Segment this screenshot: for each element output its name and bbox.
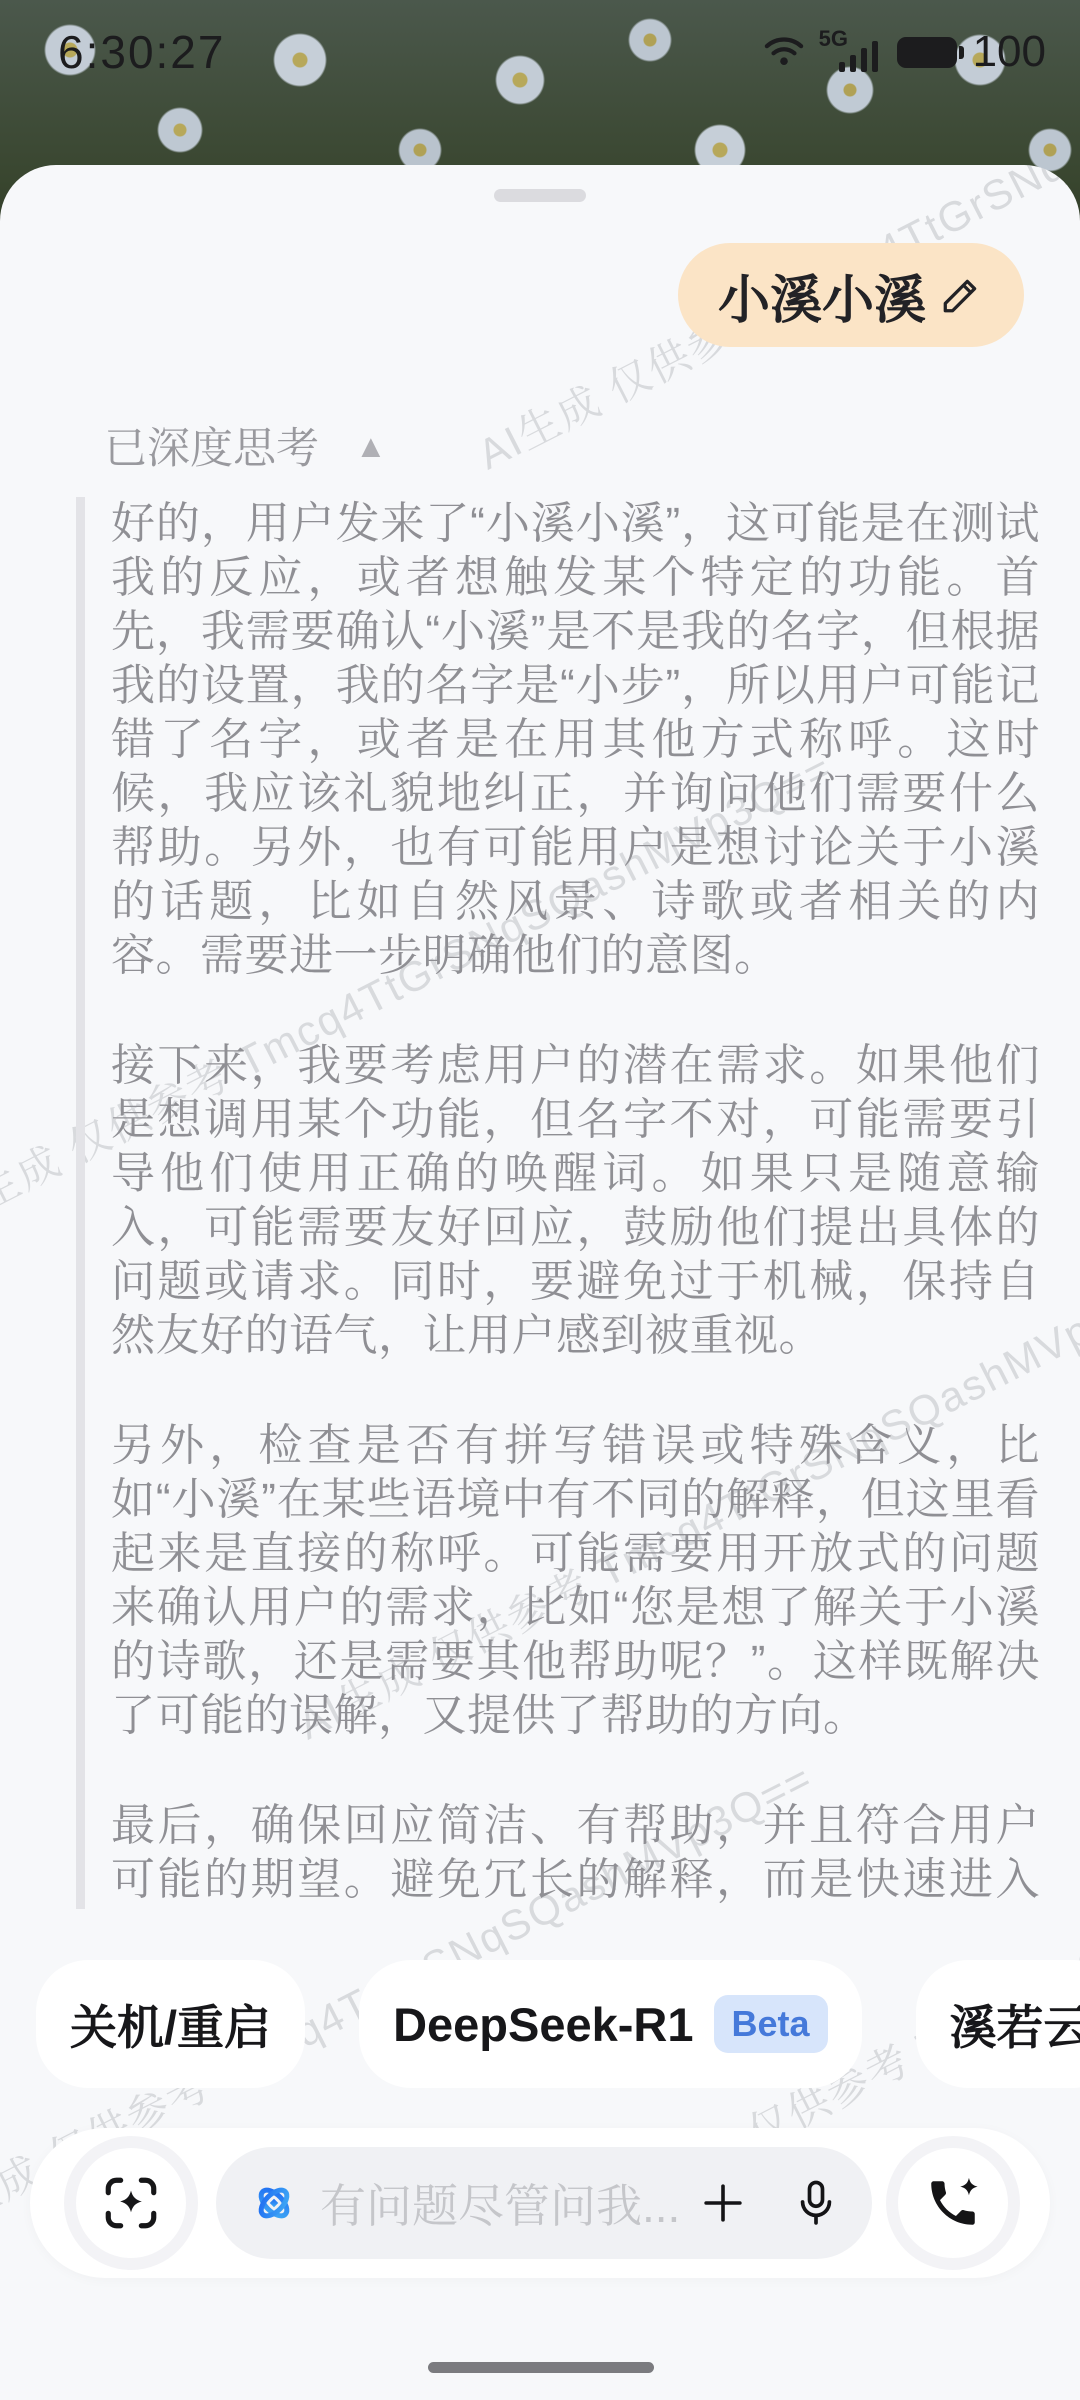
- plus-icon[interactable]: [696, 2176, 750, 2230]
- chip-label: 溪若云: [950, 1991, 1080, 2058]
- edit-pencil-icon[interactable]: [938, 272, 984, 318]
- thinking-paragraph: 接下来，我要考虑用户的潜在需求。如果他们是想调用某个功能，但名字不对，可能需要引…: [111, 1039, 1040, 1363]
- chip-deepseek-r1[interactable]: DeepSeek-R1 Beta: [359, 1960, 861, 2088]
- thinking-toggle[interactable]: 已深度思考 ▲: [104, 415, 387, 476]
- thinking-paragraph: 另外，检查是否有拼写错误或特殊含义，比如“小溪”在某些语境中有不同的解释，但这里…: [111, 1419, 1040, 1743]
- chip-label: DeepSeek-R1: [393, 1997, 693, 2052]
- scan-viewfinder-icon: [100, 2172, 162, 2234]
- thinking-paragraph: 最后，确保回应简洁、有帮助，并且符合用户可能的期望。避免冗长的解释，而是快速进入…: [111, 1799, 1040, 1909]
- status-time: 6:30:27: [58, 25, 225, 79]
- battery-icon: [897, 37, 957, 68]
- thinking-content: 好的，用户发来了“小溪小溪”，这可能是在测试我的反应，或者想触发某个特定的功能。…: [76, 497, 1040, 1909]
- assistant-sheet: AI生成 仅供参考 Tmcq4TtGrSNqSQashMVp3Q== AI生成 …: [0, 165, 1080, 2400]
- chip-power-restart[interactable]: 关机/重启: [36, 1960, 305, 2088]
- wifi-icon: [761, 30, 807, 75]
- chip-label: 关机/重启: [70, 1991, 271, 2058]
- drag-handle[interactable]: [494, 189, 586, 202]
- beta-badge: Beta: [714, 1995, 828, 2053]
- microphone-icon[interactable]: [790, 2177, 842, 2229]
- user-message-text: 小溪小溪: [718, 258, 926, 333]
- battery-percent: 100: [973, 27, 1046, 77]
- suggestion-chips-row: 关机/重启 DeepSeek-R1 Beta 溪若云: [0, 1960, 1080, 2092]
- voice-call-button[interactable]: [898, 2148, 1008, 2258]
- assistant-logo-icon: [250, 2179, 298, 2227]
- text-input-field[interactable]: 有问题尽管问我...: [216, 2147, 872, 2259]
- chip-xiruoyun[interactable]: 溪若云: [916, 1960, 1080, 2088]
- camera-scan-button[interactable]: [76, 2148, 186, 2258]
- signal-5g-icon: 5G: [823, 28, 881, 76]
- user-message-bubble[interactable]: 小溪小溪: [678, 243, 1024, 347]
- input-placeholder: 有问题尽管问我...: [320, 2170, 696, 2236]
- collapse-arrow-icon: ▲: [355, 430, 387, 462]
- phone-sparkle-icon: [924, 2174, 982, 2232]
- home-indicator[interactable]: [428, 2362, 654, 2373]
- status-bar: 6:30:27 5G 100: [0, 0, 1080, 104]
- input-bar: 有问题尽管问我...: [30, 2128, 1050, 2278]
- thinking-paragraph: 好的，用户发来了“小溪小溪”，这可能是在测试我的反应，或者想触发某个特定的功能。…: [111, 497, 1040, 983]
- status-icons: 5G 100: [761, 27, 1046, 77]
- thinking-label: 已深度思考: [104, 415, 319, 476]
